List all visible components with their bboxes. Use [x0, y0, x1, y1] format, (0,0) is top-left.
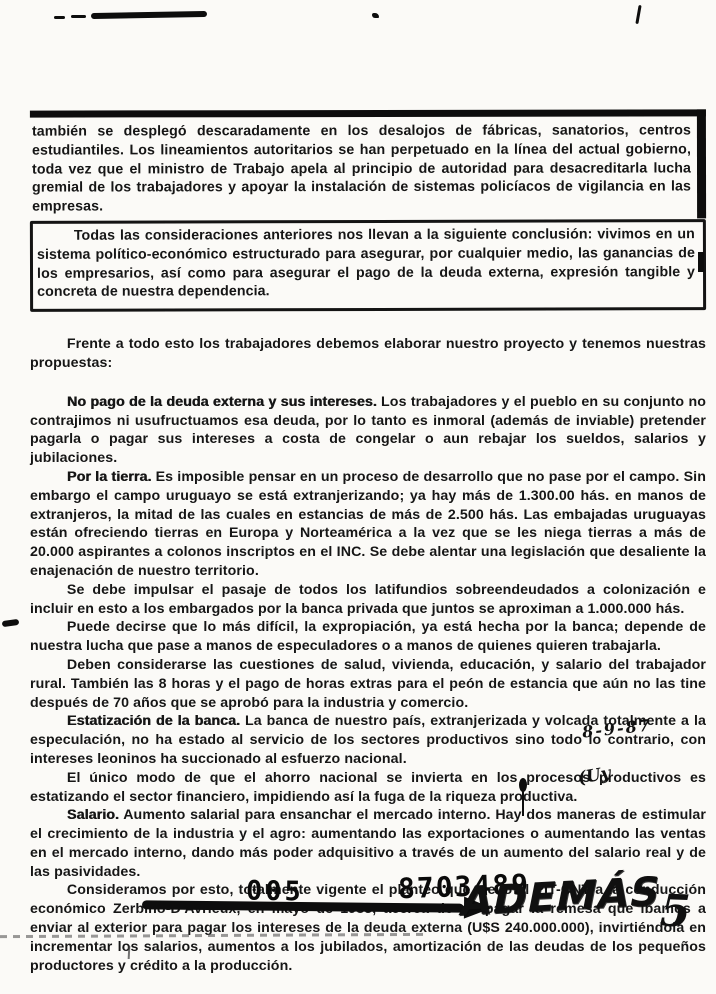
scanned-document-page: también se desplegó descaradamente en lo… [0, 0, 716, 994]
stamp-number-left: 005 [246, 875, 304, 907]
paragraph-text: Puede decirse que lo más difícil, la exp… [30, 619, 706, 654]
ink-speck [372, 13, 379, 18]
paragraph-lead: No pago de la deuda externa y sus intere… [67, 394, 381, 410]
paragraph: Puede decirse que lo más difícil, la exp… [30, 618, 706, 656]
paragraph-lead: Por la tierra. [67, 469, 156, 485]
paragraph-text: Deben considerarse las cuestiones de sal… [30, 657, 706, 711]
ink-blot [519, 778, 527, 792]
pen-tick-mark [635, 5, 641, 24]
paragraph: Salario. Aumento salarial para ensanchar… [30, 806, 706, 881]
paragraph-text: Se debe impulsar el pasaje de todos los … [30, 582, 706, 617]
pen-strike-mark [91, 11, 207, 19]
paragraph: Deben considerarse las cuestiones de sal… [30, 656, 706, 712]
paragraph-conclusion: Todas las consideraciones anteriores nos… [37, 225, 695, 302]
paragraph-lead: Estatización de la banca. [67, 713, 245, 729]
pen-dash-mark [54, 16, 65, 19]
handwritten-page-number: 5 [659, 885, 691, 937]
emphasis-box-conclusion: Todas las consideraciones anteriores nos… [30, 219, 706, 312]
emphasis-box-top: también se desplegó descaradamente en lo… [30, 109, 706, 219]
paragraph-text: Aumento salarial para ensanchar el merca… [30, 807, 706, 879]
pen-dash-mark [71, 15, 86, 18]
paragraph: Por la tierra. Es imposible pensar en un… [30, 468, 706, 581]
paragraph-lead: Salario. [67, 807, 123, 823]
paragraph-continued: también se desplegó descaradamente en lo… [32, 121, 691, 216]
box-border-fragment [698, 252, 704, 272]
paragraph: Se debe impulsar el pasaje de todos los … [30, 581, 706, 619]
document-body: también se desplegó descaradamente en lo… [30, 110, 706, 975]
paragraph-text: Es imposible pensar en un proceso de des… [30, 469, 706, 579]
margin-pen-mark [2, 619, 20, 627]
paragraph: No pago de la deuda externa y sus intere… [30, 393, 706, 468]
paragraph-intro: Frente a todo esto los trabajadores debe… [30, 335, 706, 373]
